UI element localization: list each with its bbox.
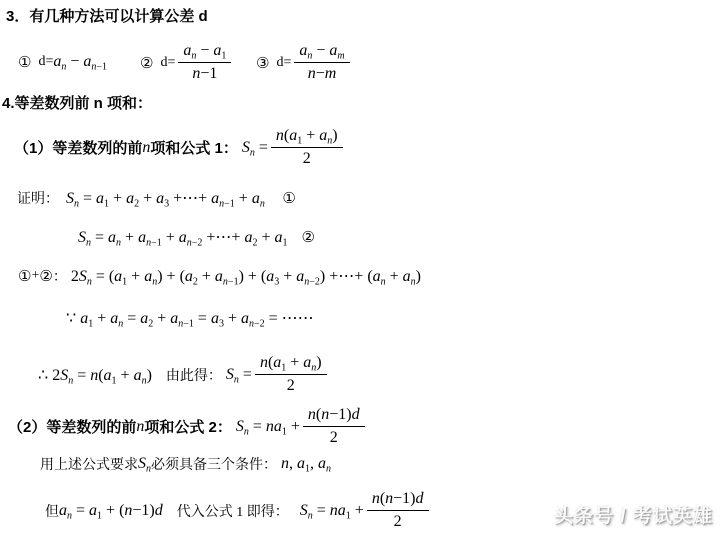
text-run: 4.等差数列前 n 项和： (2, 92, 152, 113)
text-run: 项和公式 1： (150, 137, 238, 158)
conditions-note: 用上述公式要求Sn必须具备三个条件： n, a1, an (40, 454, 331, 474)
text-run: d= (153, 55, 175, 71)
proof-line-2: Sn = an + an−1 + an−2 +⋯+ a2 + a1 ② (78, 227, 315, 247)
fraction-denominator: 2 (394, 511, 402, 531)
fraction-numerator: n(a1 + an) (271, 127, 343, 148)
fraction: n(n−1)d2 (303, 406, 365, 448)
text-run: d= (269, 55, 291, 71)
math-run: 2Sn = (a1 + an) + (a2 + an−1) + (a3 + an… (67, 266, 421, 286)
circled-number: ② (39, 267, 52, 285)
fraction-numerator: an − am (294, 42, 349, 63)
text-run (265, 188, 283, 208)
fraction-denominator: n−m (308, 63, 337, 83)
math-run: n, a1, an (277, 455, 331, 473)
circled-number: ③ (256, 54, 269, 72)
substitution-note: 但an = a1 + (n−1)d 代入公式 1 即得： Sn = na1 +n… (45, 490, 432, 532)
fraction-numerator: an − a1 (178, 42, 231, 63)
text-run: 项和公式 2： (144, 416, 232, 437)
text-run: 代入公式 1 即得： (163, 501, 296, 521)
text-run: 由此得： (152, 365, 222, 385)
sum-formula-2: （2）等差数列的前n项和公式 2： Sn = na1 +n(n−1)d2 (8, 406, 368, 448)
formula-d-2: ② d=an − a1n−1 (140, 42, 234, 84)
math-run: an − an−1 (53, 53, 107, 71)
text-run: + (31, 268, 39, 284)
fraction-denominator: 2 (330, 427, 338, 447)
text-run: （2）等差数列的前 (8, 416, 136, 437)
math-run: ∴ 2Sn = n(a1 + an) (38, 365, 152, 385)
text-run (287, 227, 301, 247)
fraction-denominator: 2 (287, 375, 295, 395)
text-run: ： (53, 266, 67, 286)
fraction-denominator: n−1 (192, 63, 217, 83)
math-run: n (142, 139, 150, 157)
watermark: 头条号 / 考试英雄 (554, 501, 713, 528)
formula-d-1: ① d=an − an−1 (18, 53, 107, 71)
text-run: （1）等差数列的前 (14, 137, 142, 158)
fraction: an − amn−m (294, 42, 349, 84)
fraction-numerator: n(n−1)d (367, 490, 429, 511)
proof-because-line: ∵ a1 + an = a2 + an−1 = a3 + an−2 = ⋯⋯ (66, 308, 314, 328)
fraction-denominator: 2 (303, 148, 311, 168)
fraction-numerator: n(a1 + an) (255, 354, 327, 375)
text-run: 用上述公式要求 (40, 454, 138, 474)
fraction: n(a1 + an)2 (271, 127, 343, 169)
circled-number: ② (140, 54, 153, 72)
proof-therefore-line: ∴ 2Sn = n(a1 + an) 由此得： Sn =n(a1 + an)2 (38, 354, 330, 396)
math-notes-page: 3．有几种方法可以计算公差 d ① d=an − an−1 ② d=an − a… (0, 0, 720, 538)
math-run: Sn = an + an−1 + an−2 +⋯+ a2 + a1 (78, 227, 287, 247)
text-run: 证明： (17, 188, 66, 208)
math-run: Sn = na1 + (232, 418, 300, 436)
proof-line-1: 证明： Sn = a1 + a2 + a3 +⋯+ an−1 + an ① (17, 188, 296, 208)
fraction: n(a1 + an)2 (255, 354, 327, 396)
circled-number: ① (18, 267, 31, 285)
text-run: 必须具备三个条件： (151, 454, 277, 474)
text-run: d= (31, 54, 53, 70)
sum-formula-1: （1）等差数列的前n项和公式 1： Sn =n(a1 + an)2 (14, 127, 346, 169)
text-run: 但 (45, 501, 59, 521)
fraction-numerator: n(n−1)d (303, 406, 365, 427)
math-run: Sn = (238, 139, 268, 157)
math-run: Sn = (222, 366, 252, 384)
math-run: an = a1 + (n−1)d (59, 502, 163, 520)
circled-number: ② (301, 228, 314, 246)
fraction: n(n−1)d2 (367, 490, 429, 532)
proof-sum-line: ①+②： 2Sn = (a1 + an) + (a2 + an−1) + (a3… (18, 266, 421, 286)
heading-sum-of-n-terms: 4.等差数列前 n 项和： (2, 92, 152, 113)
heading-common-difference-methods: 3．有几种方法可以计算公差 d (6, 5, 208, 26)
math-run: Sn = na1 + (296, 502, 364, 520)
fraction: an − a1n−1 (178, 42, 231, 84)
math-run: Sn = a1 + a2 + a3 +⋯+ an−1 + an (66, 188, 265, 208)
math-run: n (136, 418, 144, 436)
circled-number: ① (282, 189, 295, 207)
circled-number: ① (18, 53, 31, 71)
formula-d-3: ③ d=an − amn−m (256, 42, 353, 84)
text-run: 3．有几种方法可以计算公差 d (6, 5, 208, 26)
math-run: Sn (138, 455, 151, 473)
math-run: ∵ a1 + an = a2 + an−1 = a3 + an−2 = ⋯⋯ (66, 308, 314, 328)
